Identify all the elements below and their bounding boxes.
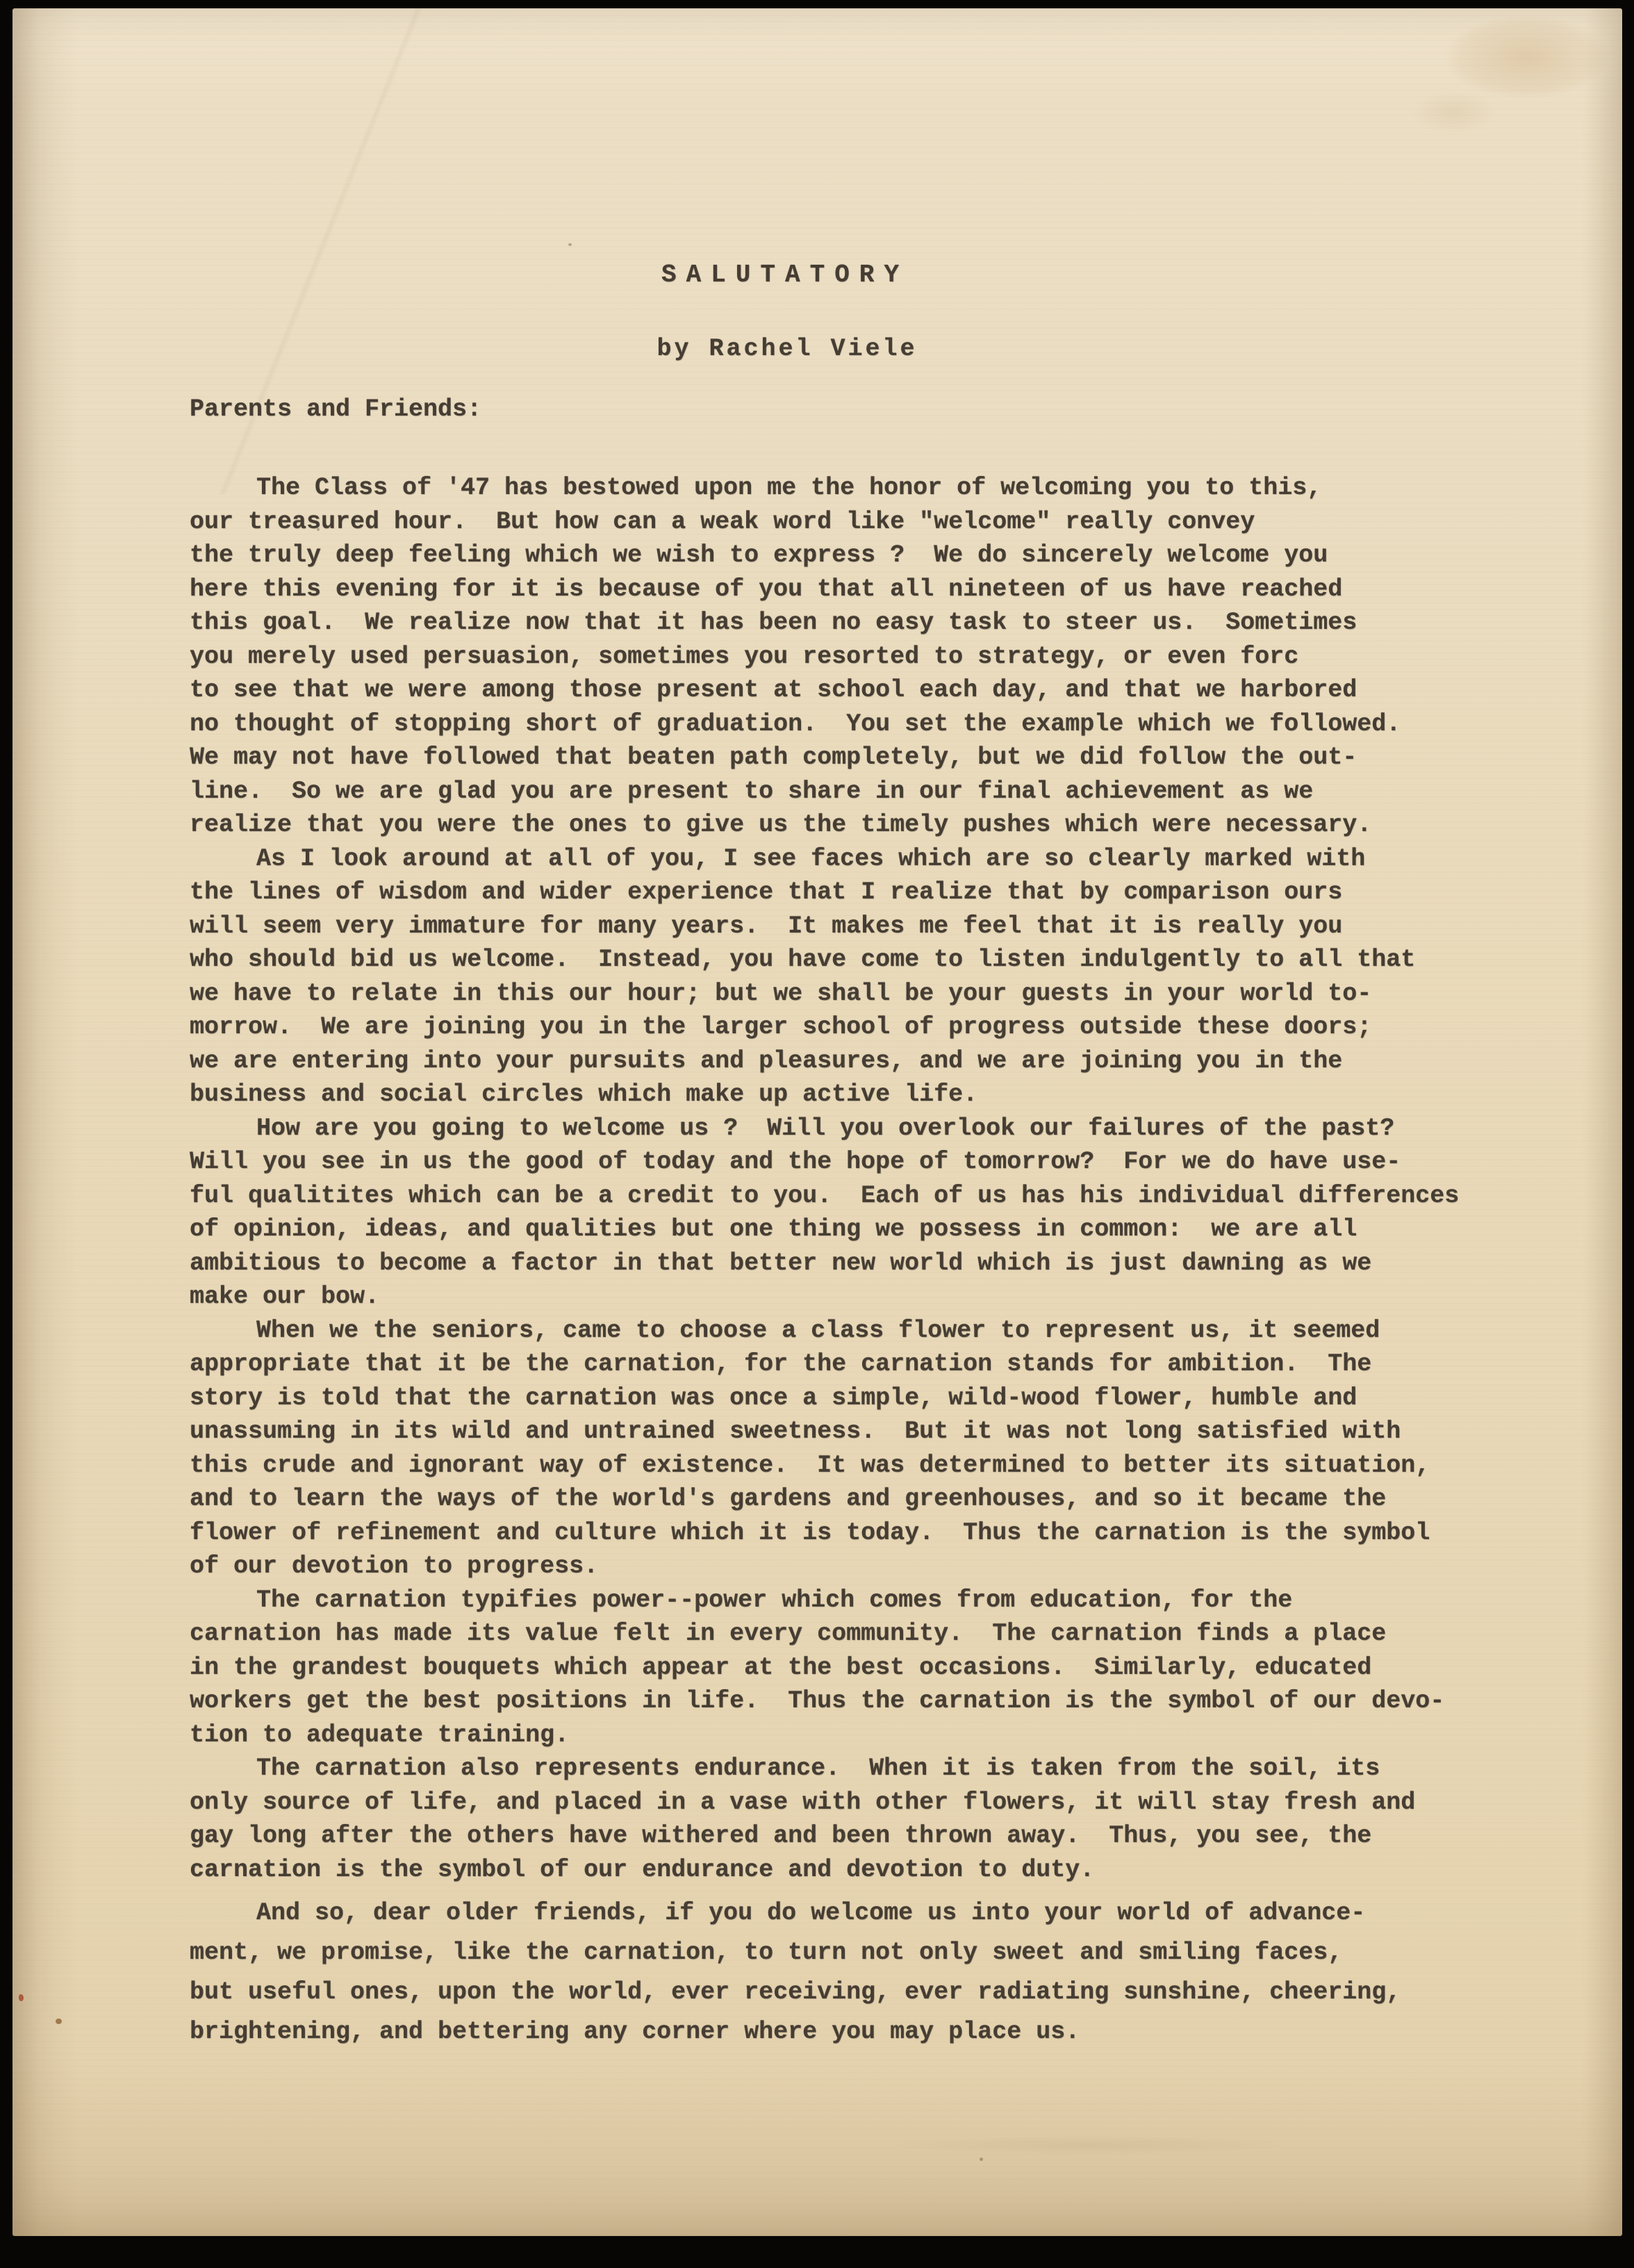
page-content: SALUTATORY by Rachel Viele Parents and F… [190,258,1461,2052]
text-line: brightening, and bettering any corner wh… [190,2012,1461,2052]
text-line: How are you going to welcome us ? Will y… [190,1112,1461,1146]
text-line: gay long after the others have withered … [190,1819,1461,1853]
text-line: When we the seniors, came to choose a cl… [190,1314,1461,1348]
paragraph: The carnation typifies power--power whic… [190,1584,1461,1752]
text-line: flower of refinement and culture which i… [190,1516,1461,1550]
paper-speck [56,2019,62,2024]
text-line: workers get the best positions in life. … [190,1684,1461,1718]
text-line: our treasured hour. But how can a weak w… [190,505,1461,539]
paragraph: As I look around at all of you, I see fa… [190,842,1461,1112]
text-line: the truly deep feeling which we wish to … [190,539,1461,573]
text-line: Will you see in us the good of today and… [190,1145,1461,1179]
text-line: realize that you were the ones to give u… [190,808,1461,842]
paragraph: And so, dear older friends, if you do we… [190,1893,1461,2052]
text-line: of opinion, ideas, and qualities but one… [190,1213,1461,1247]
text-line: in the grandest bouquets which appear at… [190,1651,1461,1685]
scanned-page: SALUTATORY by Rachel Viele Parents and F… [13,8,1622,2236]
text-line: to see that we were among those present … [190,673,1461,707]
text-line: this goal. We realize now that it has be… [190,606,1461,640]
scan-frame: SALUTATORY by Rachel Viele Parents and F… [0,0,1634,2268]
salutation: Parents and Friends: [190,393,1461,426]
text-line: As I look around at all of you, I see fa… [190,842,1461,876]
text-line: of our devotion to progress. [190,1550,1461,1584]
document-body: The Class of '47 has bestowed upon me th… [190,471,1461,2052]
text-line: ambitious to become a factor in that bet… [190,1247,1461,1281]
text-line: we have to relate in this our hour; but … [190,977,1461,1011]
paper-speck [980,2158,983,2161]
paper-speck [568,243,572,246]
text-line: carnation has made its value felt in eve… [190,1617,1461,1651]
text-line: We may not have followed that beaten pat… [190,741,1461,775]
paragraph: The Class of '47 has bestowed upon me th… [190,471,1461,842]
text-line: make our bow. [190,1280,1461,1314]
text-line: carnation is the symbol of our endurance… [190,1853,1461,1887]
text-line: we are entering into your pursuits and p… [190,1044,1461,1078]
text-line: line. So we are glad you are present to … [190,775,1461,809]
text-line: only source of life, and placed in a vas… [190,1786,1461,1820]
byline: by Rachel Viele [657,332,917,365]
text-line: The carnation also represents endurance.… [190,1752,1461,1786]
paragraph: When we the seniors, came to choose a cl… [190,1314,1461,1584]
text-line: story is told that the carnation was onc… [190,1381,1461,1415]
text-line: business and social circles which make u… [190,1078,1461,1112]
page-title: SALUTATORY [661,258,909,292]
text-line: who should bid us welcome. Instead, you … [190,943,1461,977]
text-line: The carnation typifies power--power whic… [190,1584,1461,1618]
text-line: tion to adequate training. [190,1718,1461,1752]
text-line: ful qualitites which can be a credit to … [190,1179,1461,1213]
paragraph: How are you going to welcome us ? Will y… [190,1112,1461,1314]
text-line: unassuming in its wild and untrained swe… [190,1415,1461,1449]
paragraph: The carnation also represents endurance.… [190,1752,1461,1887]
text-line: appropriate that it be the carnation, fo… [190,1347,1461,1381]
text-line: this crude and ignorant way of existence… [190,1449,1461,1483]
text-line: will seem very immature for many years. … [190,910,1461,944]
paper-speck [19,1994,24,2001]
text-line: you merely used persuasion, sometimes yo… [190,640,1461,674]
text-line: the lines of wisdom and wider experience… [190,876,1461,910]
text-line: but useful ones, upon the world, ever re… [190,1973,1461,2012]
text-line: ment, we promise, like the carnation, to… [190,1933,1461,1973]
text-line: morrow. We are joining you in the larger… [190,1010,1461,1044]
text-line: And so, dear older friends, if you do we… [190,1893,1461,1933]
text-line: no thought of stopping short of graduati… [190,707,1461,741]
text-line: The Class of '47 has bestowed upon me th… [190,471,1461,505]
text-line: and to learn the ways of the world's gar… [190,1482,1461,1516]
text-line: here this evening for it is because of y… [190,573,1461,607]
